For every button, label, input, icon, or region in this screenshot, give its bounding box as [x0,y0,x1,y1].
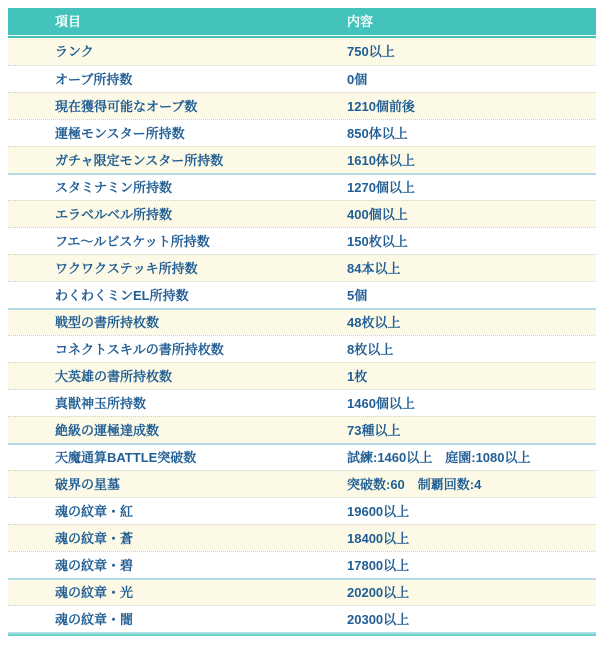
table-header-row: 項目 内容 [8,8,596,35]
table-row: 魂の紋章・碧 17800以上 [8,551,596,578]
row-item-value: 1460個以上 [347,397,596,410]
row-item-value: 1610体以上 [347,154,596,167]
table-row: ガチャ限定モンスター所持数 1610体以上 [8,146,596,173]
table-row: エラベルベル所持数 400個以上 [8,200,596,227]
row-item-label: スタミナミン所持数 [8,181,347,194]
table-row: オーブ所持数 0個 [8,65,596,92]
row-item-value: 突破数:60 制覇回数:4 [347,478,596,491]
row-item-label: 魂の紋章・蒼 [8,532,347,545]
table-row: フエ～ルビスケット所持数 150枚以上 [8,227,596,254]
table-row: 破界の星墓 突破数:60 制覇回数:4 [8,470,596,497]
table-row: ワクワクステッキ所持数 84本以上 [8,254,596,281]
table-row: 魂の紋章・紅 19600以上 [8,497,596,524]
row-item-label: 魂の紋章・碧 [8,559,347,572]
row-item-label: 現在獲得可能なオーブ数 [8,100,347,113]
row-item-value: 150枚以上 [347,235,596,248]
table-row: 魂の紋章・蒼 18400以上 [8,524,596,551]
row-item-label: ランク [8,45,347,58]
table-body: ランク 750以上 オーブ所持数 0個 現在獲得可能なオーブ数 1210個前後 … [8,38,596,632]
row-item-value: 5個 [347,289,596,302]
row-item-label: 破界の星墓 [8,478,347,491]
row-item-label: ガチャ限定モンスター所持数 [8,154,347,167]
row-item-value: 750以上 [347,45,596,58]
table-bottom-border [8,632,596,636]
row-item-label: エラベルベル所持数 [8,208,347,221]
table-row: 絶級の運極達成数 73種以上 [8,416,596,443]
row-item-label: 絶級の運極達成数 [8,424,347,437]
row-item-label: ワクワクステッキ所持数 [8,262,347,275]
table-row: 天魔通算BATTLE突破数 試練:1460以上 庭園:1080以上 [8,443,596,470]
table-row: 魂の紋章・闇 20300以上 [8,605,596,632]
table-row: 真獣神玉所持数 1460個以上 [8,389,596,416]
row-item-value: 19600以上 [347,505,596,518]
table-row: 現在獲得可能なオーブ数 1210個前後 [8,92,596,119]
row-item-label: 大英雄の書所持枚数 [8,370,347,383]
table-row: わくわくミンEL所持数 5個 [8,281,596,308]
row-item-value: 84本以上 [347,262,596,275]
table-row: 魂の紋章・光 20200以上 [8,578,596,605]
row-item-value: 73種以上 [347,424,596,437]
table-row: 大英雄の書所持枚数 1枚 [8,362,596,389]
row-item-label: わくわくミンEL所持数 [8,289,347,302]
column-header-item: 項目 [8,15,347,28]
row-item-value: 1270個以上 [347,181,596,194]
row-item-label: 天魔通算BATTLE突破数 [8,451,347,464]
row-item-label: 運極モンスター所持数 [8,127,347,140]
column-header-content: 内容 [347,15,596,28]
table-row: コネクトスキルの書所持枚数 8枚以上 [8,335,596,362]
row-item-value: 400個以上 [347,208,596,221]
row-item-value: 18400以上 [347,532,596,545]
row-item-value: 17800以上 [347,559,596,572]
row-item-value: 試練:1460以上 庭園:1080以上 [347,451,596,464]
row-item-label: 魂の紋章・光 [8,586,347,599]
row-item-label: オーブ所持数 [8,73,347,86]
table-row: 運極モンスター所持数 850体以上 [8,119,596,146]
row-item-label: 戦型の書所持枚数 [8,316,347,329]
row-item-value: 8枚以上 [347,343,596,356]
row-item-value: 1210個前後 [347,100,596,113]
account-status-table: 項目 内容 ランク 750以上 オーブ所持数 0個 現在獲得可能なオーブ数 12… [8,8,596,636]
row-item-label: 真獣神玉所持数 [8,397,347,410]
row-item-label: 魂の紋章・紅 [8,505,347,518]
row-item-label: 魂の紋章・闇 [8,613,347,626]
row-item-value: 1枚 [347,370,596,383]
row-item-label: コネクトスキルの書所持枚数 [8,343,347,356]
row-item-value: 0個 [347,73,596,86]
row-item-value: 850体以上 [347,127,596,140]
row-item-value: 20300以上 [347,613,596,626]
row-item-label: フエ～ルビスケット所持数 [8,235,347,248]
table-row: 戦型の書所持枚数 48枚以上 [8,308,596,335]
table-row: スタミナミン所持数 1270個以上 [8,173,596,200]
table-row: ランク 750以上 [8,38,596,65]
row-item-value: 20200以上 [347,586,596,599]
row-item-value: 48枚以上 [347,316,596,329]
